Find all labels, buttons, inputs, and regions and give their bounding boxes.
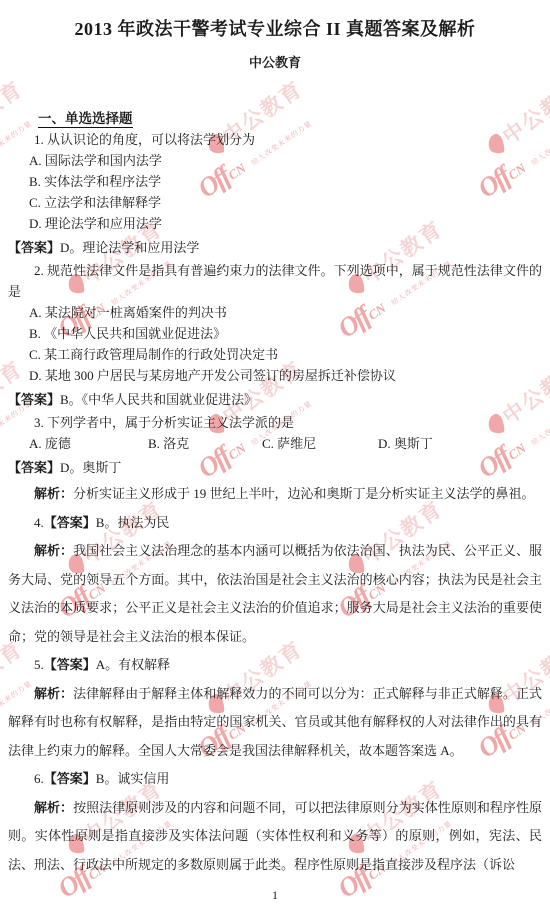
question-stem: 3. 下列学者中，属于分析实证主义法学派的是: [8, 412, 542, 433]
analysis-label: 解析：: [34, 800, 73, 815]
analysis-text: 我国社会主义法治理念的基本内涵可以概括为依法治国、执法为民、公平正义、服务大局、…: [8, 543, 542, 644]
answer-line: 【答案】D。理论法学和应用法学: [8, 237, 542, 258]
analysis-label: 解析：: [34, 486, 73, 501]
answer-line-q4: 4.【答案】B。执法为民: [8, 509, 542, 538]
answer-text: A。有权解释: [96, 657, 170, 672]
question-stem: 1. 从认识论的角度，可以将法学划分为: [8, 129, 542, 150]
answer-line-q6: 6.【答案】B。诚实信用: [8, 765, 542, 794]
document-title: 2013 年政法干警考试专业综合 II 真题答案及解析: [8, 16, 542, 42]
analysis-text: 按照法律原则涉及的内容和问题不同，可以把法律原则分为实体性原则和程序性原则。实体…: [8, 800, 542, 872]
answer-line: 【答案】B。《中华人民共和国就业促进法》: [8, 389, 542, 410]
option-a: A. 庞德: [29, 433, 148, 454]
option-d: D. 理论法学和应用法学: [8, 213, 542, 234]
analysis-section: 解析：分析实证主义形成于 19 世纪上半叶，边沁和奥斯丁是分析实证主义法学的鼻祖…: [8, 480, 542, 879]
question-number: 5.: [34, 657, 44, 672]
question-number: 6.: [34, 771, 44, 786]
answer-label: 【答案】: [44, 771, 96, 786]
question-number: 4.: [34, 515, 44, 530]
analysis-label: 解析：: [34, 543, 73, 558]
document-content: 2013 年政法干警考试专业综合 II 真题答案及解析 中公教育 一、单选选择题…: [0, 0, 550, 903]
page-number: 1: [8, 887, 542, 903]
option-d: D. 奥斯丁: [378, 436, 433, 451]
answer-text: B。诚实信用: [96, 771, 170, 786]
option-a: A. 国际法学和国内法学: [8, 150, 542, 171]
answer-line-q5: 5.【答案】A。有权解释: [8, 651, 542, 680]
question-block-3: 3. 下列学者中，属于分析实证主义法学派的是 A. 庞德B. 洛克C. 萨维尼D…: [8, 412, 542, 478]
analysis-q6: 解析：按照法律原则涉及的内容和问题不同，可以把法律原则分为实体性原则和程序性原则…: [8, 794, 542, 880]
answer-label: 【答案】: [44, 657, 96, 672]
document-subtitle: 中公教育: [8, 54, 542, 72]
answer-label: 【答案】: [44, 515, 96, 530]
answer-text: B。执法为民: [96, 515, 170, 530]
options-row: A. 庞德B. 洛克C. 萨维尼D. 奥斯丁: [8, 433, 542, 454]
section-heading: 一、单选选择题: [38, 109, 542, 129]
option-a: A. 某法院对一桩离婚案件的判决书: [8, 302, 542, 323]
option-c: C. 某工商行政管理局制作的行政处罚决定书: [8, 344, 542, 365]
analysis-label: 解析：: [34, 686, 73, 701]
analysis-q4: 解析：我国社会主义法治理念的基本内涵可以概括为依法治国、执法为民、公平正义、服务…: [8, 537, 542, 651]
option-b: B. 《中华人民共和国就业促进法》: [8, 323, 542, 344]
question-stem: 2. 规范性法律文件是指具有普遍约束力的法律文件。下列选项中，属于规范性法律文件…: [8, 260, 542, 302]
option-b: B. 洛克: [148, 433, 262, 454]
answer-text: D。奥斯丁: [60, 460, 121, 475]
document-page: 中公教育 OffCN 给人改变未来的力量 中公教育 OffCN 给人改变未来的力…: [0, 0, 550, 911]
answer-label: 【答案】: [8, 240, 60, 255]
section-heading-text: 一、单选选择题: [38, 111, 133, 128]
analysis-q5: 解析：法律解释由于解释主体和解释效力的不同可以分为：正式解释与非正式解释。正式解…: [8, 680, 542, 766]
answer-label: 【答案】: [8, 392, 60, 407]
question-block-1: 1. 从认识论的角度，可以将法学划分为 A. 国际法学和国内法学 B. 实体法学…: [8, 129, 542, 258]
answer-label: 【答案】: [8, 460, 60, 475]
option-b: B. 实体法学和程序法学: [8, 171, 542, 192]
option-d: D. 某地 300 户居民与某房地产开发公司签订的房屋拆迁补偿协议: [8, 365, 542, 386]
answer-line: 【答案】D。奥斯丁: [8, 457, 542, 478]
answer-text: B。《中华人民共和国就业促进法》: [60, 392, 257, 407]
option-c: C. 萨维尼: [262, 433, 378, 454]
analysis-text: 分析实证主义形成于 19 世纪上半叶，边沁和奥斯丁是分析实证主义法学的鼻祖。: [73, 486, 535, 501]
analysis-q3: 解析：分析实证主义形成于 19 世纪上半叶，边沁和奥斯丁是分析实证主义法学的鼻祖…: [8, 480, 542, 509]
analysis-text: 法律解释由于解释主体和解释效力的不同可以分为：正式解释与非正式解释。正式解释有时…: [8, 686, 542, 758]
answer-text: D。理论法学和应用法学: [60, 240, 199, 255]
option-c: C. 立法学和法律解释学: [8, 192, 542, 213]
question-block-2: 2. 规范性法律文件是指具有普遍约束力的法律文件。下列选项中，属于规范性法律文件…: [8, 260, 542, 410]
